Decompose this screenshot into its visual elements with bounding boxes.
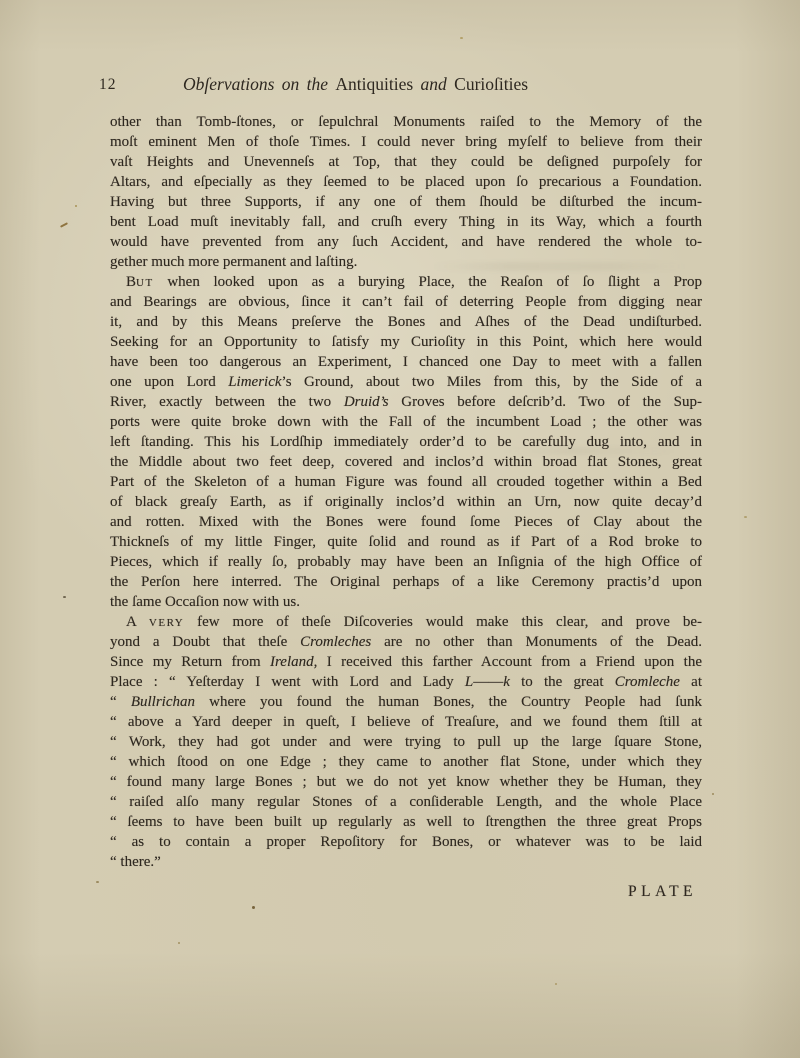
text-segment: A [126, 614, 149, 630]
paper-speck [178, 942, 180, 944]
text-line: Part of the Skeleton of a human Figure w… [110, 472, 702, 492]
text-line: bent Load muſt inevitably fall, and cruſ… [110, 212, 702, 232]
text-segment: —— [473, 674, 503, 690]
text-line: have been too dangerous an Experiment, I… [110, 352, 702, 372]
text-segment: Ireland [270, 654, 314, 670]
text-line: the ſame Occaſion now with us. [110, 592, 702, 612]
text-segment: “ found many large Bones ; but we do not… [110, 774, 702, 790]
text-segment: bent Load muſt inevitably fall, and cruſ… [110, 214, 702, 230]
text-segment: left ſtanding. This his Lordſhip immedia… [110, 434, 702, 450]
text-line: Pieces, which if really ſo, probably may… [110, 552, 702, 572]
text-segment: B [126, 274, 136, 290]
text-segment: “ raiſed alſo many regular Stones of a c… [110, 794, 702, 810]
text-line: “ found many large Bones ; but we do not… [110, 772, 702, 792]
text-segment: “ which ſtood on one Edge ; they came to… [110, 754, 702, 770]
text-segment: yond a Doubt that theſe [110, 634, 300, 650]
text-segment: Having but three Supports, if any one of… [110, 194, 702, 210]
paper-speck [744, 516, 747, 518]
text-segment: River, exactly between the two [110, 394, 344, 410]
text-segment: Bullrichan [131, 694, 195, 710]
text-segment: ut [136, 274, 154, 290]
text-segment: ports were quite broke down with the Fal… [110, 414, 702, 430]
text-line: would have prevented from any ſuch Accid… [110, 232, 702, 252]
text-segment: Antiquities [335, 74, 420, 94]
text-segment: Altars, and eſpecially as they ſeemed to… [110, 174, 702, 190]
text-line: Altars, and eſpecially as they ſeemed to… [110, 172, 702, 192]
text-segment: “ there.” [110, 854, 161, 870]
text-segment: Curioſities [454, 74, 528, 94]
text-segment: Since my Return from [110, 654, 270, 670]
text-line: “ there.” [110, 852, 702, 872]
text-line: the Perſon here interred. The Original p… [110, 572, 702, 592]
text-line: Having but three Supports, if any one of… [110, 192, 702, 212]
running-header: 12 Obſervations on the Antiquities and C… [0, 72, 800, 98]
text-line: vaſt Heights and Unevenneſs at Top, that… [110, 152, 702, 172]
catchword: PLATE [628, 883, 697, 901]
text-line: Place : “ Yeſterday I went with Lord and… [110, 672, 702, 692]
text-segment: gether much more permanent and laſting. [110, 254, 357, 270]
text-segment: Groves before deſcrib’d. Two of the Sup- [389, 394, 702, 410]
text-segment: Place : “ Yeſterday I went with Lord and… [110, 674, 465, 690]
text-segment: “ ſeems to have been built up regularly … [110, 814, 702, 830]
text-line: left ſtanding. This his Lordſhip immedia… [110, 432, 702, 452]
text-segment: and Bearings are obvious, ſince it can’t… [110, 294, 702, 310]
text-segment: to the great [510, 674, 615, 690]
text-segment: the Middle about two feet deep, covered … [110, 454, 702, 470]
text-segment: vaſt Heights and Unevenneſs at Top, that… [110, 154, 702, 170]
text-line: and Bearings are obvious, ſince it can’t… [110, 292, 702, 312]
paper-speck [555, 983, 557, 985]
paper-speck [63, 596, 66, 598]
text-segment: where you found the human Bones, the Cou… [195, 694, 702, 710]
text-segment: Part of the Skeleton of a human Figure w… [110, 474, 702, 490]
text-line: “ raiſed alſo many regular Stones of a c… [110, 792, 702, 812]
text-segment: have been too dangerous an Experiment, I… [110, 354, 702, 370]
text-line: Since my Return from Ireland, I received… [110, 652, 702, 672]
text-segment: ’s Ground, about two Miles from this, by… [282, 374, 702, 390]
text-segment: and [421, 74, 455, 94]
text-line: gether much more permanent and laſting. [110, 252, 702, 272]
book-page-scan: 12 Obſervations on the Antiquities and C… [0, 0, 800, 1058]
text-line: one upon Lord Limerick’s Ground, about t… [110, 372, 702, 392]
text-line: Thickneſs of my little Finger, quite ſol… [110, 532, 702, 552]
text-line: other than Tomb-ſtones, or ſepulchral Mo… [110, 112, 702, 132]
text-line: of black greaſy Earth, as if originally … [110, 492, 702, 512]
text-segment: L [465, 674, 473, 690]
text-segment: are no other than Monuments of the Dead. [371, 634, 702, 650]
text-segment: Cromleches [300, 634, 371, 650]
text-segment: “ [110, 694, 131, 710]
text-segment: when looked upon as a burying Place, the… [154, 274, 702, 290]
text-segment: , I received this farther Account from a… [314, 654, 702, 670]
text-segment: Limerick [228, 374, 281, 390]
paper-speck [460, 37, 463, 39]
text-segment: and rotten. Mixed with the Bones were fo… [110, 514, 702, 530]
text-segment: “ Work, they had got under and were tryi… [110, 734, 702, 750]
text-line: and rotten. Mixed with the Bones were fo… [110, 512, 702, 532]
text-segment: at [680, 674, 702, 690]
text-segment: k [503, 674, 510, 690]
text-segment: would have prevented from any ſuch Accid… [110, 234, 702, 250]
text-segment: Thickneſs of my little Finger, quite ſol… [110, 534, 702, 550]
text-line: “ above a Yard deeper in queſt, I believ… [110, 712, 702, 732]
text-line: yond a Doubt that theſe Cromleches are n… [110, 632, 702, 652]
text-line: “ Bullrichan where you found the human B… [110, 692, 702, 712]
text-segment: it, and by this Means preſerve the Bones… [110, 314, 702, 330]
text-segment: “ as to contain a proper Repoſitory for … [110, 834, 702, 850]
text-line: But when looked upon as a burying Place,… [110, 272, 702, 292]
text-line: ports were quite broke down with the Fal… [110, 412, 702, 432]
text-segment: the ſame Occaſion now with us. [110, 594, 300, 610]
text-segment: Obſervations on the [183, 74, 335, 94]
text-line: “ which ſtood on one Edge ; they came to… [110, 752, 702, 772]
text-segment: very [149, 614, 184, 630]
text-segment: Pieces, which if really ſo, probably may… [110, 554, 702, 570]
text-line: A very few more of theſe Diſcoveries wou… [110, 612, 702, 632]
running-title: Obſervations on the Antiquities and Curi… [183, 74, 528, 95]
body-text-block: other than Tomb-ſtones, or ſepulchral Mo… [110, 112, 702, 872]
text-line: the Middle about two feet deep, covered … [110, 452, 702, 472]
text-segment: of black greaſy Earth, as if originally … [110, 494, 702, 510]
text-segment: other than Tomb-ſtones, or ſepulchral Mo… [110, 114, 702, 130]
text-line: “ ſeems to have been built up regularly … [110, 812, 702, 832]
paper-speck [96, 881, 99, 883]
paper-speck [252, 906, 255, 909]
text-line: “ as to contain a proper Repoſitory for … [110, 832, 702, 852]
paper-speck [60, 222, 68, 228]
text-line: Seeking for an Opportunity to ſatisfy my… [110, 332, 702, 352]
text-segment: “ above a Yard deeper in queſt, I believ… [110, 714, 702, 730]
text-segment: the Perſon here interred. The Original p… [110, 574, 702, 590]
page-number: 12 [99, 76, 117, 94]
text-line: River, exactly between the two Druid’s G… [110, 392, 702, 412]
text-line: moſt eminent Men of thoſe Times. I could… [110, 132, 702, 152]
text-line: “ Work, they had got under and were tryi… [110, 732, 702, 752]
text-segment: Cromleche [615, 674, 680, 690]
paper-speck [712, 793, 714, 795]
text-segment: moſt eminent Men of thoſe Times. I could… [110, 134, 702, 150]
text-segment: one upon Lord [110, 374, 228, 390]
paper-speck [75, 205, 77, 207]
text-segment: few more of theſe Diſcoveries would make… [184, 614, 702, 630]
text-segment: Druid’s [344, 394, 389, 410]
text-line: it, and by this Means preſerve the Bones… [110, 312, 702, 332]
text-segment: Seeking for an Opportunity to ſatisfy my… [110, 334, 702, 350]
